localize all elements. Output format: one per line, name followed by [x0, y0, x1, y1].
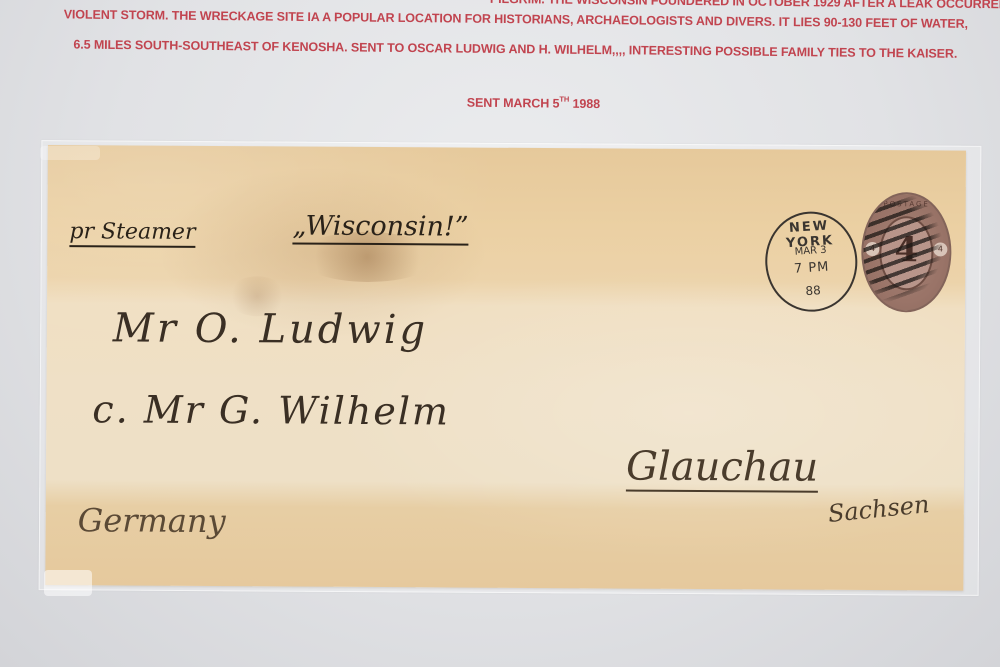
routing-prefix: pr Steamer — [69, 219, 195, 248]
exhibit-page: PILGRIM. THE WISCONSIN FOUNDERED IN OCTO… — [0, 0, 1000, 667]
ship-name-text: „Wisconsin!” — [292, 210, 468, 245]
postmark-time: 7 PM — [767, 258, 856, 279]
address-city-text: Glauchau — [626, 444, 818, 493]
postmark-year: 88 — [769, 281, 858, 301]
caption-line-1: VIOLENT STORM. THE WRECKAGE SITE IA A PO… — [64, 7, 968, 30]
caption-line-0: PILGRIM. THE WISCONSIN FOUNDERED IN OCTO… — [490, 0, 1000, 12]
address-region: Sachsen — [827, 490, 931, 528]
caption-sent-date: SENT MARCH 5 — [467, 96, 560, 111]
caption-line-3: SENT MARCH 5TH 1988 — [467, 92, 600, 111]
address-city: Glauchau — [626, 444, 818, 491]
caption-ordinal-suffix: TH — [559, 95, 569, 104]
address-country: Germany — [78, 501, 226, 540]
mount-corner-bottom-left — [44, 570, 92, 596]
embossed-stamp: POSTAGE 4 4 4 — [861, 192, 952, 313]
caption-sent-year: 1988 — [569, 97, 600, 111]
new-york-postmark: NEW YORK MAR 3 7 PM 88 — [762, 209, 860, 315]
routing-instruction: pr Steamer — [69, 219, 195, 245]
duplex-killer-cancel — [863, 194, 950, 311]
address-line-2: c. Mr G. Wilhelm — [92, 387, 450, 433]
caption-line-2: 6.5 MILES SOUTH-SOUTHEAST OF KENOSHA. SE… — [73, 38, 957, 61]
address-line-1: Mr O. Ludwig — [113, 305, 429, 353]
mount-corner-top-left — [40, 146, 100, 160]
envelope-cover: pr Steamer „Wisconsin!” NEW YORK MAR 3 7… — [45, 145, 966, 591]
routing-ship-name: „Wisconsin!” — [292, 210, 468, 242]
